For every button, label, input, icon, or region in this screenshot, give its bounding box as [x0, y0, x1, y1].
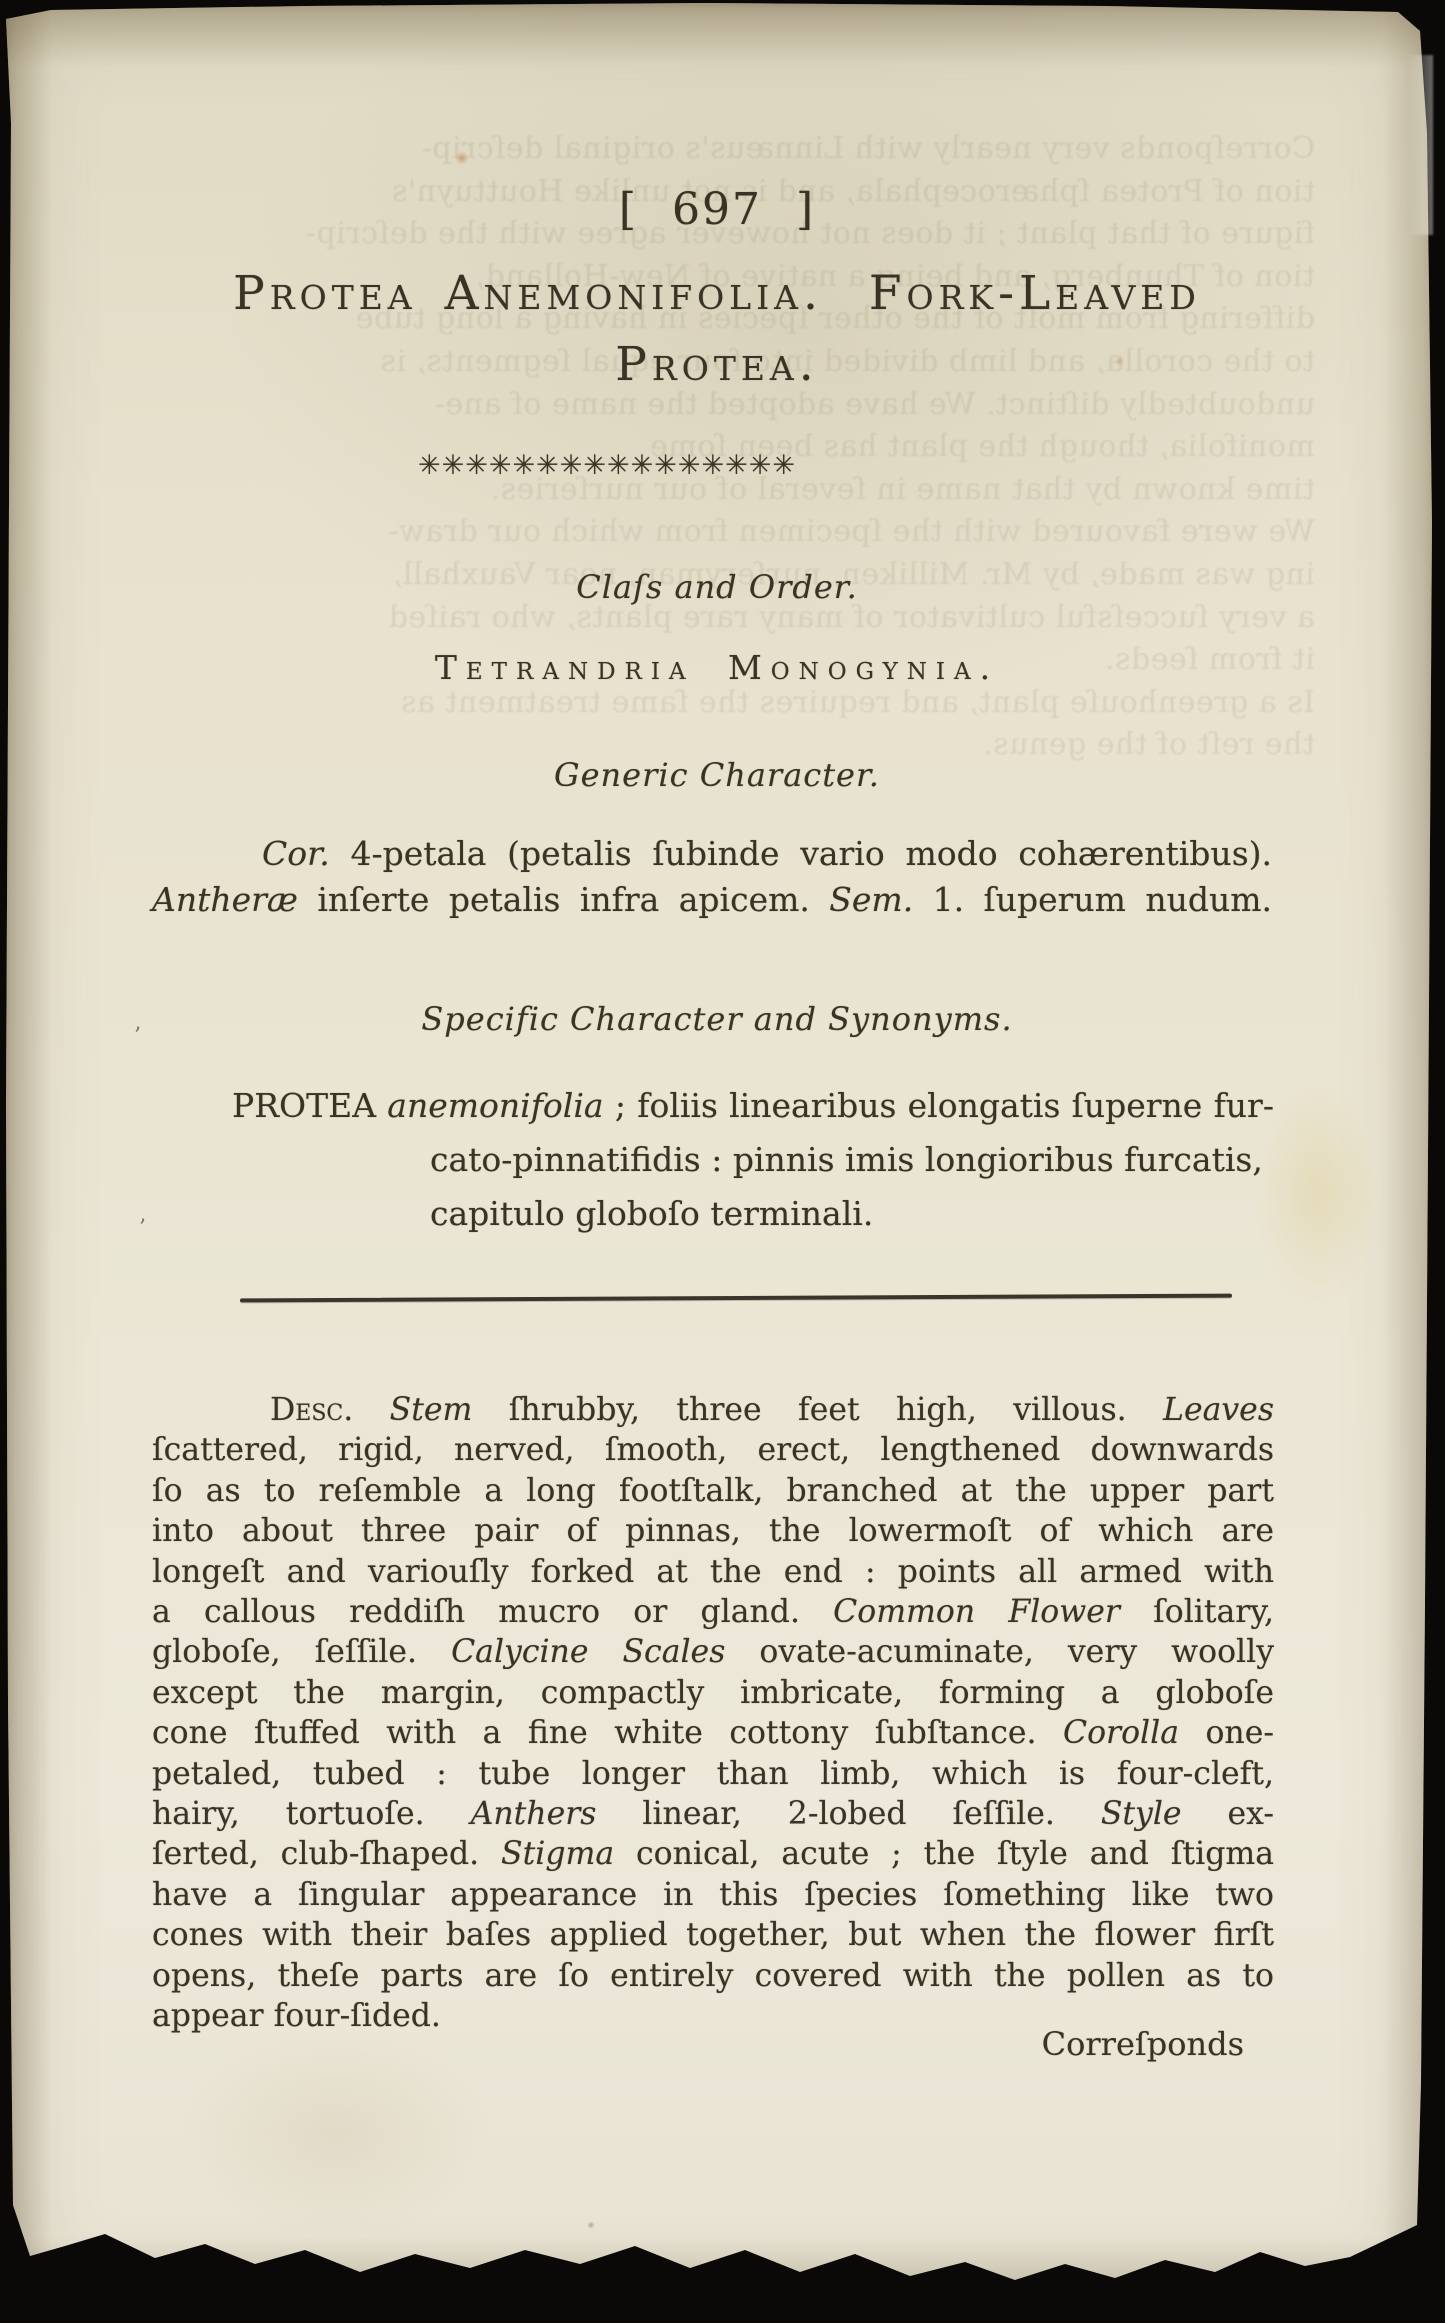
desc-line: except the margin, compactly imbricate, …	[152, 1673, 1274, 1713]
class-and-order-heading: Claſs and Order.	[152, 568, 1282, 606]
taxonomy-class-order: Tetrandria Monogynia.	[152, 648, 1282, 687]
scanned-page: Correſponds very nearly with Linnæus's o…	[0, 0, 1445, 2323]
catchword: Correſponds	[152, 2025, 1244, 2063]
desc-line: ſo as to reſemble a long footſtalk, bran…	[152, 1471, 1274, 1511]
specific-character-line: capitulo globoſo terminali.	[430, 1194, 873, 1233]
desc-line: cone ſtuffed with a fine white cottony ſ…	[152, 1713, 1274, 1753]
title-species: Protea Anemonifolia.	[233, 266, 823, 321]
desc-line: longeſt and variouſly forked at the end …	[152, 1552, 1274, 1592]
specific-character-line: PROTEA anemonifolia ; foliis linearibus …	[152, 1086, 1274, 1125]
desc-line: ſerted, club-ſhaped. Stigma conical, acu…	[152, 1834, 1274, 1874]
ornament-row: ✳✳✳✳✳✳✳✳✳✳✳✳✳✳✳✳	[418, 450, 878, 481]
generic-line: Antheræ inſerte petalis infra apicem. Se…	[152, 877, 1272, 923]
specific-character-line: cato-pinnatifidis : pinnis imis longiori…	[430, 1140, 1263, 1179]
generic-character-heading: Generic Character.	[152, 756, 1282, 794]
desc-line: have a ſingular appearance in this ſpeci…	[152, 1875, 1274, 1915]
ink-speck: ’	[139, 1216, 146, 1241]
generic-character-text: Cor. 4-petala (petalis ſubinde vario mod…	[152, 831, 1272, 923]
desc-line: cones with their baſes applied together,…	[152, 1915, 1274, 1955]
desc-line: Desc. Stem ſhrubby, three feet high, vil…	[152, 1390, 1274, 1430]
description-paragraph: Desc. Stem ſhrubby, three feet high, vil…	[152, 1390, 1274, 2037]
desc-line: opens, theſe parts are ſo entirely cover…	[152, 1956, 1274, 1996]
title-common-name: Fork-Leaved	[869, 266, 1201, 321]
page-edge-fold	[1407, 55, 1433, 235]
desc-line: into about three pair of pinnas, the low…	[152, 1511, 1274, 1551]
title-line-2: Protea.	[152, 337, 1282, 392]
page-number: [ 697 ]	[152, 184, 1282, 235]
desc-line: a callous reddiſh mucro or gland. Common…	[152, 1592, 1274, 1632]
specific-character-heading: Specific Character and Synonyms.	[152, 1000, 1282, 1038]
title-line-1: Protea Anemonifolia. Fork-Leaved	[152, 266, 1282, 321]
desc-line: globoſe, ſeſſile. Calycine Scales ovate-…	[152, 1632, 1274, 1672]
desc-line: hairy, tortuoſe. Anthers linear, 2-lobed…	[152, 1794, 1274, 1834]
desc-line: petaled, tubed : tube longer than limb, …	[152, 1754, 1274, 1794]
desc-line: ſcattered, rigid, nerved, ſmooth, erect,…	[152, 1430, 1274, 1470]
generic-line: Cor. 4-petala (petalis ſubinde vario mod…	[152, 831, 1272, 877]
ink-speck: ’	[134, 1024, 141, 1049]
